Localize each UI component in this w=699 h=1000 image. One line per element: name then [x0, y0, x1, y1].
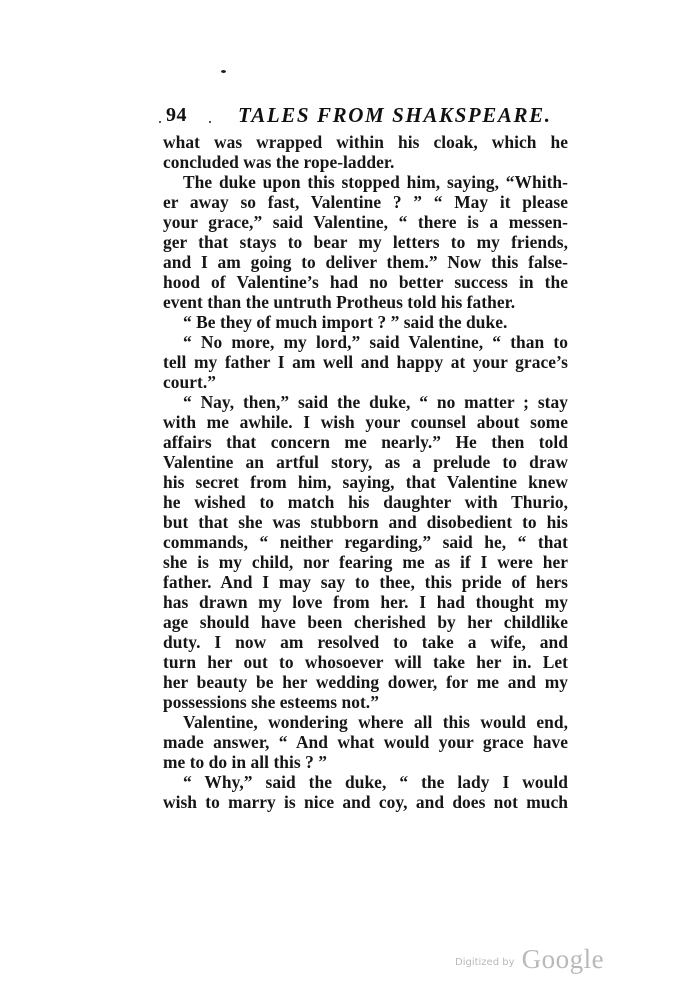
text-line: court.” — [163, 372, 568, 392]
text-line: her beauty be her wedding dower, for me … — [163, 672, 568, 692]
text-line: Valentine, wondering where all this woul… — [163, 712, 568, 732]
text-line: me to do in all this ? ” — [163, 752, 568, 772]
text-line: what was wrapped within his cloak, which… — [163, 132, 568, 152]
text-line: “ Nay, then,” said the duke, “ no matter… — [163, 392, 568, 412]
text-line: “ No more, my lord,” said Valentine, “ t… — [163, 332, 568, 352]
text-line: concluded was the rope-ladder. — [163, 152, 568, 172]
text-line: affairs that concern me nearly.” He then… — [163, 432, 568, 452]
text-line: and I am going to deliver them.” Now thi… — [163, 252, 568, 272]
text-line: wish to marry is nice and coy, and does … — [163, 792, 568, 812]
text-line: “ Be they of much import ? ” said the du… — [163, 312, 568, 332]
body-text: what was wrapped within his cloak, which… — [163, 132, 568, 812]
text-line: age should have been cherished by her ch… — [163, 612, 568, 632]
text-line: tell my father I am well and happy at yo… — [163, 352, 568, 372]
text-line: father. And I may say to thee, this prid… — [163, 572, 568, 592]
text-line: er away so fast, Valentine ? ” “ May it … — [163, 192, 568, 212]
text-line: his secret from him, saying, that Valent… — [163, 472, 568, 492]
digitized-by-google-watermark: Digitized by Google — [455, 944, 604, 975]
text-line: has drawn my love from her. I had though… — [163, 592, 568, 612]
text-line: commands, “ neither regarding,” said he,… — [163, 532, 568, 552]
text-line: hood of Valentine’s had no better succes… — [163, 272, 568, 292]
text-line: possessions she esteems not.” — [163, 692, 568, 712]
google-logo-text: Google — [522, 944, 604, 974]
text-line: she is my child, nor fearing me as if I … — [163, 552, 568, 572]
page-header: 94 TALES FROM SHAKSPEARE. — [156, 104, 576, 130]
text-line: with me awhile. I wish your counsel abou… — [163, 412, 568, 432]
text-line: your grace,” said Valentine, “ there is … — [163, 212, 568, 232]
text-line: Valentine an artful story, as a prelude … — [163, 452, 568, 472]
text-line: made answer, “ And what would your grace… — [163, 732, 568, 752]
running-title: TALES FROM SHAKSPEARE. — [238, 103, 552, 128]
text-line: “ Why,” said the duke, “ the lady I woul… — [163, 772, 568, 792]
text-line: but that she was stubborn and disobedien… — [163, 512, 568, 532]
text-line: duty. I now am resolved to take a wife, … — [163, 632, 568, 652]
text-line: event than the untruth Protheus told his… — [163, 292, 568, 312]
text-line: turn her out to whosoever will take her … — [163, 652, 568, 672]
text-line: ger that stays to bear my letters to my … — [163, 232, 568, 252]
text-line: he wished to match his daughter with Thu… — [163, 492, 568, 512]
scan-speck — [221, 70, 226, 73]
page-number: 94 — [166, 104, 187, 127]
watermark-prefix: Digitized by — [455, 957, 515, 968]
text-line: The duke upon this stopped him, saying, … — [163, 172, 568, 192]
book-page: 94 TALES FROM SHAKSPEARE. what was wrapp… — [0, 0, 699, 1000]
